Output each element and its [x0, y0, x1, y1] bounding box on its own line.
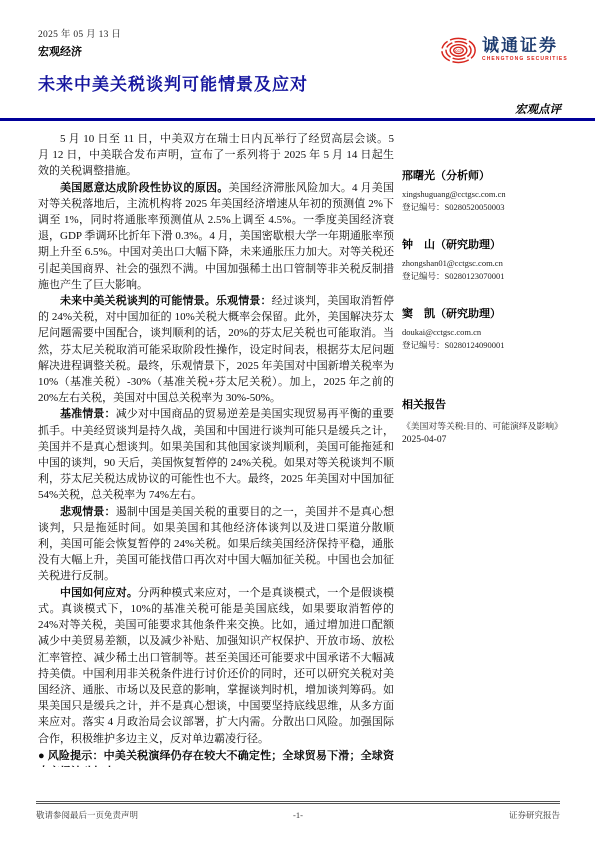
main-content: 5 月 10 日至 11 日，中美双方在瑞士日内瓦举行了经贸高层会谈。5 月 1…: [38, 131, 562, 771]
report-category: 宏观经济: [38, 43, 82, 59]
paragraph-text: 经过谈判，美国取消暂停的 24%关税，对中国加征的 10%关税大概率会保留。此外…: [38, 295, 394, 404]
analyst-email: doukai@cctgsc.com.cn: [402, 326, 562, 339]
report-body: 5 月 10 日至 11 日，中美双方在瑞士日内瓦举行了经贸高层会谈。5 月 1…: [38, 131, 394, 767]
analyst-email: xingshuguang@cctgsc.com.cn: [402, 188, 562, 201]
svg-text:CCT: CCT: [455, 49, 462, 53]
risk-note: ● 风险提示：中美关税演绎仍存在较大不确定性；全球贸易下滑；全球资本市场波动加大…: [38, 748, 394, 767]
related-report-title: 《美国对等关税:目的、可能演绎及影响》: [402, 420, 562, 433]
brand-logo: CCT 诚通证券 CHENGTONG SECURITIES: [440, 31, 568, 68]
paragraph-lead: 悲观情景：: [60, 506, 116, 518]
paragraph-lead: 中国如何应对。: [60, 587, 138, 599]
brand-name-en: CHENGTONG SECURITIES: [482, 57, 568, 62]
paragraph-text: 美国经济滞胀风险加大。4 月美国对等关税落地后，主流机构将 2025 年美国经济…: [38, 182, 394, 291]
analyst-name: 窦 凯（研究助理）: [402, 305, 562, 321]
paragraph-text: 减少对中国商品的贸易逆差是美国实现贸易再平衡的重要抓手。中美经贸谈判是持久战，美…: [38, 408, 394, 501]
footer-report-type: 证券研究报告: [385, 809, 560, 821]
page-footer: 敬请参阅最后一页免责声明 -1- 证券研究报告: [36, 809, 560, 821]
analyst-name: 钟 山（研究助理）: [402, 236, 562, 252]
cct-rings-icon: CCT: [440, 31, 477, 68]
analyst-block: 钟 山（研究助理） zhongshan01@cctgsc.com.cn 登记编号…: [402, 236, 562, 283]
analyst-name: 邢曙光（分析师）: [402, 167, 562, 183]
body-paragraph: 5 月 10 日至 11 日，中美双方在瑞士日内瓦举行了经贸高层会谈。5 月 1…: [38, 131, 394, 180]
header-divider: [0, 118, 595, 121]
analyst-email: zhongshan01@cctgsc.com.cn: [402, 257, 562, 270]
analyst-registration-number: 登记编号：S0280124090001: [402, 339, 562, 352]
page-number: -1-: [211, 810, 386, 820]
body-paragraph: 悲观情景：遏制中国是美国关税的重要目的之一，美国并不是真心想谈判，只是拖延时间。…: [38, 504, 394, 585]
page-title: 未来中美关税谈判可能情景及应对: [38, 70, 308, 95]
report-date: 2025 年 05 月 13 日: [38, 26, 121, 40]
related-reports-section: 相关报告 《美国对等关税:目的、可能演绎及影响》 2025-04-07: [402, 396, 562, 447]
brand-name-cn: 诚通证券: [482, 37, 568, 54]
paragraph-lead: 基准情景：: [60, 408, 116, 420]
analyst-block: 邢曙光（分析师） xingshuguang@cctgsc.com.cn 登记编号…: [402, 167, 562, 214]
analyst-block: 窦 凯（研究助理） doukai@cctgsc.com.cn 登记编号：S028…: [402, 305, 562, 352]
paragraph-lead: 未来中美关税谈判的可能情景。乐观情景：: [60, 295, 272, 307]
brand-wordmark: 诚通证券 CHENGTONG SECURITIES: [482, 37, 568, 62]
footer-disclaimer-note: 敬请参阅最后一页免责声明: [36, 809, 211, 821]
report-page: 2025 年 05 月 13 日 宏观经济 CCT 诚通证券 CHENGTONG…: [0, 0, 595, 842]
analyst-sidebar: 邢曙光（分析师） xingshuguang@cctgsc.com.cn 登记编号…: [402, 131, 562, 771]
paragraph-text: 分两种模式来应对，一个是真谈模式，一个是假谈模式。真谈模式下，10%的基准关税可…: [38, 587, 394, 745]
body-paragraph: 未来中美关税谈判的可能情景。乐观情景：经过谈判，美国取消暂停的 24%关税，对中…: [38, 293, 394, 406]
report-type-label: 宏观点评: [515, 101, 561, 117]
footer-divider: [36, 801, 560, 804]
analyst-registration-number: 登记编号：S0280520050003: [402, 201, 562, 214]
analyst-registration-number: 登记编号：S0280123070001: [402, 270, 562, 283]
related-report-date: 2025-04-07: [402, 433, 562, 447]
paragraph-text: 5 月 10 日至 11 日，中美双方在瑞士日内瓦举行了经贸高层会谈。5 月 1…: [38, 133, 394, 177]
body-paragraph: 中国如何应对。分两种模式来应对，一个是真谈模式，一个是假谈模式。真谈模式下，10…: [38, 585, 394, 747]
related-reports-heading: 相关报告: [402, 396, 562, 412]
body-paragraph: 基准情景：减少对中国商品的贸易逆差是美国实现贸易再平衡的重要抓手。中美经贸谈判是…: [38, 406, 394, 503]
paragraph-lead: 美国愿意达成阶段性协议的原因。: [60, 182, 229, 194]
body-paragraph: 美国愿意达成阶段性协议的原因。美国经济滞胀风险加大。4 月美国对等关税落地后，主…: [38, 180, 394, 293]
